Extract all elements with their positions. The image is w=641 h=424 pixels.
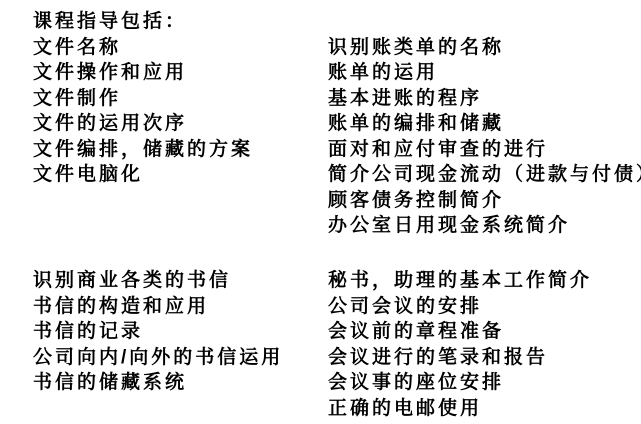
topics-column-secretarial: 秘书，助理的基本工作简介 公司会议的安排 会议前的章程准备 会议进行的笔录和报告…: [328, 268, 592, 421]
course-guide-heading: 课程指导包括：: [33, 9, 253, 35]
topics-column-accounts: 识别账类单的名称 账单的运用 基本进账的程序 账单的编排和储藏 面对和应付审查的…: [328, 35, 641, 239]
list-item: 文件名称: [33, 35, 253, 61]
list-item: 识别账类单的名称: [328, 35, 641, 61]
list-item: 顾客债务控制简介: [328, 188, 641, 214]
topics-column-letters: 识别商业各类的书信 书信的构造和应用 书信的记录 公司向内/向外的书信运用 书信…: [33, 268, 283, 396]
list-item: 文件的运用次序: [33, 111, 253, 137]
list-item: 书信的储藏系统: [33, 370, 283, 396]
topics-column-filing: 课程指导包括： 文件名称 文件操作和应用 文件制作 文件的运用次序 文件编排，储…: [33, 9, 253, 188]
course-outline-page: 课程指导包括： 文件名称 文件操作和应用 文件制作 文件的运用次序 文件编排，储…: [0, 0, 641, 424]
list-item: 文件操作和应用: [33, 60, 253, 86]
list-item: 秘书，助理的基本工作简介: [328, 268, 592, 294]
list-item: 基本进账的程序: [328, 86, 641, 112]
list-item: 识别商业各类的书信: [33, 268, 283, 294]
list-item: 正确的电邮使用: [328, 396, 592, 422]
list-item: 书信的记录: [33, 319, 283, 345]
list-item: 书信的构造和应用: [33, 294, 283, 320]
list-item: 会议事的座位安排: [328, 370, 592, 396]
list-item: 会议进行的笔录和报告: [328, 345, 592, 371]
list-item: 文件制作: [33, 86, 253, 112]
list-item: 面对和应付审查的进行: [328, 137, 641, 163]
list-item: 账单的编排和储藏: [328, 111, 641, 137]
list-item: 公司会议的安排: [328, 294, 592, 320]
list-item: 文件电脑化: [33, 162, 253, 188]
list-item: 办公室日用现金系统简介: [328, 213, 641, 239]
list-item: 公司向内/向外的书信运用: [33, 345, 283, 371]
list-item: 简介公司现金流动（进款与付债）: [328, 162, 641, 188]
list-item: 文件编排，储藏的方案: [33, 137, 253, 163]
list-item: 账单的运用: [328, 60, 641, 86]
list-item: 会议前的章程准备: [328, 319, 592, 345]
